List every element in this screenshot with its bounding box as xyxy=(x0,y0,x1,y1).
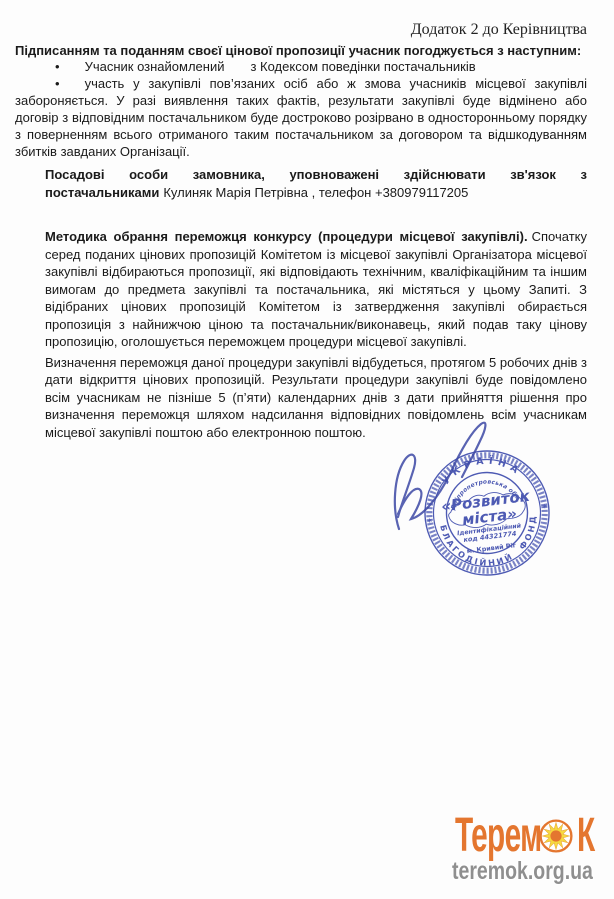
brand-logo: Терем К xyxy=(455,812,605,860)
contact-normal-text: Кулиняк Марія Петрівна , телефон +380979… xyxy=(163,185,468,200)
brand-text-right: К xyxy=(577,813,595,859)
site-url: teremok.org.ua xyxy=(452,857,593,886)
contact-paragraph: Посадові особи замовника, уповноважені з… xyxy=(45,166,587,201)
stamp-and-signature: УКРАЇНА БЛАГОДІЙНИЙ ФОНД * * Дніпропетро… xyxy=(378,413,593,585)
method-paragraph: Методика обрання переможця конкурсу (про… xyxy=(45,228,587,351)
bullet-icon: • xyxy=(55,76,60,91)
bullet1-text-a: Учасник ознайомлений xyxy=(85,59,225,74)
document-page: Додаток 2 до Керівництва Підписанням та … xyxy=(0,0,614,899)
bullet-item-participant: •Учасник ознайомленийз Кодексом поведінк… xyxy=(15,58,587,75)
bullet1-text-b: з Кодексом поведінки постачальників xyxy=(250,59,475,74)
bullet-item-collusion: •участь у закупівлі пов’язаних осіб або … xyxy=(15,75,587,160)
round-stamp: УКРАЇНА БЛАГОДІЙНИЙ ФОНД * * Дніпропетро… xyxy=(418,444,556,582)
header-note: Додаток 2 до Керівництва xyxy=(15,21,587,38)
method-normal-text: Спочатку серед поданих цінових пропозиці… xyxy=(45,229,587,349)
sun-icon xyxy=(537,817,575,855)
bullet2-text: участь у закупівлі пов’язаних осіб або ж… xyxy=(15,76,587,159)
intro-heading: Підписанням та поданням своєї цінової пр… xyxy=(15,43,587,58)
bullet-icon: • xyxy=(55,59,60,74)
brand-text-left: Терем xyxy=(455,813,541,859)
method-bold-text: Методика обрання переможця конкурсу (про… xyxy=(45,229,528,244)
